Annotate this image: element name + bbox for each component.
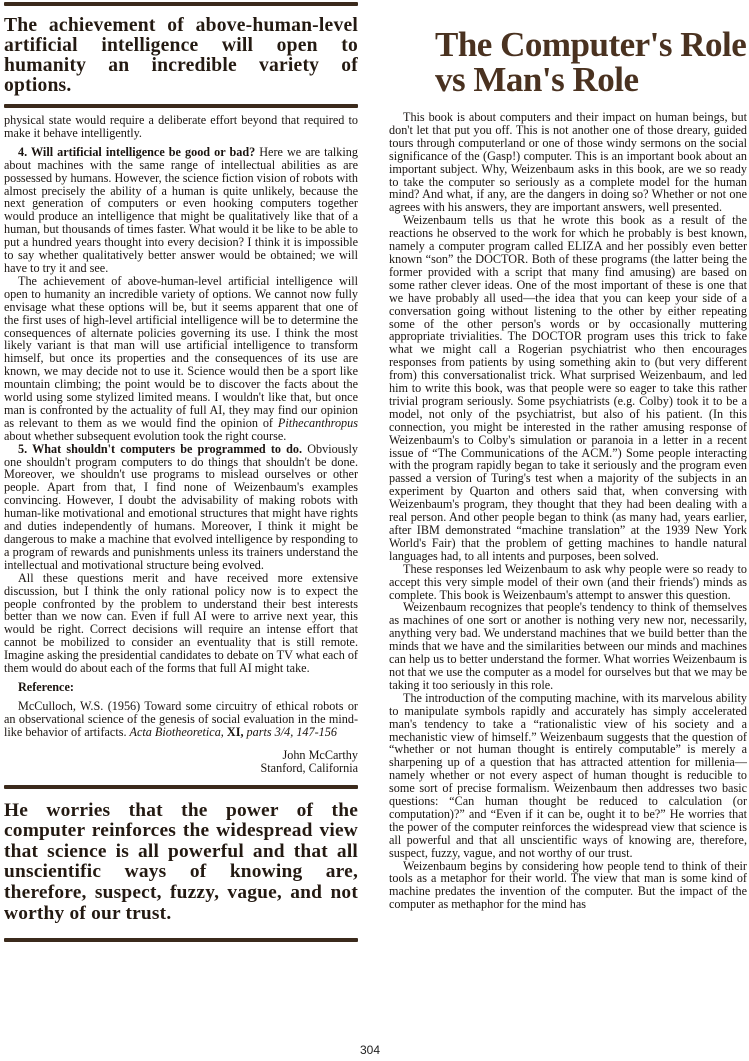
paragraph: The introduction of the computing machin… [389, 692, 747, 860]
pull-quote-top: The achievement of above-human-level art… [4, 16, 358, 96]
paragraph: The achievement of above-human-level art… [4, 275, 358, 443]
title-line-2: vs Man's Role [435, 62, 747, 97]
paragraph: All these questions merit and have recei… [4, 572, 358, 675]
top-rule [4, 2, 358, 6]
question-5-text: Obviously one shouldn't program computer… [4, 442, 358, 572]
paragraph-text: about whether subsequent evolution took … [4, 429, 286, 443]
paragraph-question-5: 5. What shouldn't computers be programme… [4, 443, 358, 572]
left-body-text: physical state would require a deliberat… [4, 114, 358, 739]
paragraph: These responses led Weizenbaum to ask wh… [389, 563, 747, 602]
paragraph: Weizenbaum begins by considering how peo… [389, 860, 747, 912]
paragraph-text: The achievement of above-human-level art… [4, 274, 358, 430]
title-line-1: The Computer's Role [435, 27, 747, 62]
pull-quote-bottom: He worries that the power of the compute… [4, 801, 358, 925]
paragraph: Weizenbaum recognizes that people's tend… [389, 601, 747, 691]
question-5-heading: 5. What shouldn't computers be programme… [18, 442, 302, 456]
author-location: Stanford, California [4, 762, 358, 775]
left-column: The achievement of above-human-level art… [4, 0, 358, 942]
question-4-heading: 4. Will artificial intelligence be good … [18, 145, 255, 159]
reference-pages: parts 3/4, 147-156 [244, 725, 337, 739]
pull-quote-bottom-rule [4, 938, 358, 942]
pull-quote-bottom-top-rule [4, 785, 358, 789]
paragraph: This book is about computers and their i… [389, 111, 747, 214]
right-column: The Computer's Role vs Man's Role This b… [389, 0, 747, 911]
page-number: 304 [360, 1043, 380, 1057]
pull-quote-top-rule [4, 104, 358, 108]
reference-entry: McCulloch, W.S. (1956) Toward some circu… [4, 700, 358, 739]
italic-term: Pithecanthropus [278, 416, 358, 430]
right-body-text: This book is about computers and their i… [389, 111, 747, 911]
paragraph-question-4: 4. Will artificial intelligence be good … [4, 146, 358, 275]
paragraph: Weizenbaum tells us that he wrote this b… [389, 214, 747, 562]
reference-journal: Acta Biotheoretica, [130, 725, 224, 739]
paragraph: physical state would require a deliberat… [4, 114, 358, 140]
article-title: The Computer's Role vs Man's Role [435, 27, 747, 97]
question-4-text: Here we are talking about machines with … [4, 145, 358, 275]
author-signature: John McCarthy Stanford, California [4, 749, 358, 775]
author-name: John McCarthy [4, 749, 358, 762]
reference-heading: Reference: [4, 681, 358, 694]
reference-volume: XI, [224, 725, 244, 739]
